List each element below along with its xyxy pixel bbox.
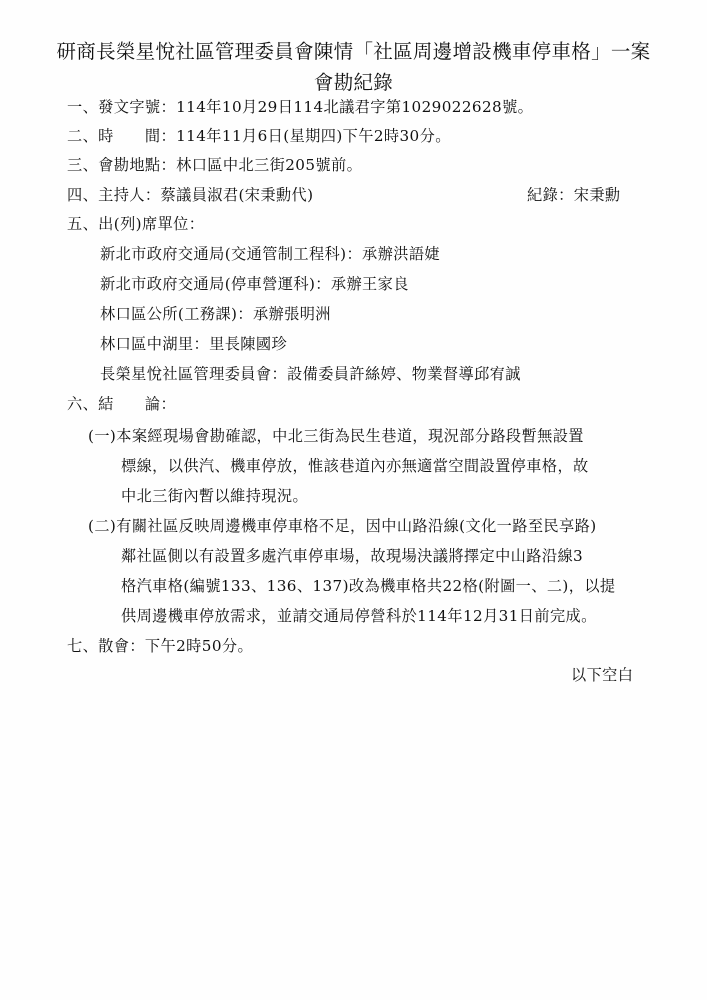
document-page: 研商長榮星悅社區管理委員會陳情「社區周邊增設機車停車格」一案 會勘紀錄 一、發文… (0, 0, 707, 1000)
conclusion-1-line: (一)本案經現場會勘確認，中北三街為民生巷道，現況部分路段暫無設置 (88, 425, 584, 446)
conclusion-2-line: 鄰社區側以有設置多處汽車停車場，故現場決議將擇定中山路沿線3 (121, 545, 583, 566)
section-host: 四、主持人：蔡議員淑君(宋秉勳代) (67, 184, 313, 205)
section-time: 二、時 間：114年11月6日(星期四)下午2時30分。 (67, 125, 451, 146)
section-location: 三、會勘地點：林口區中北三街205號前。 (67, 154, 362, 175)
conclusion-2-line: 供周邊機車停放需求，並請交通局停營科於114年12月31日前完成。 (121, 605, 597, 626)
document-subtitle: 會勘紀錄 (0, 67, 707, 95)
end-note: 以下空白 (571, 664, 633, 685)
section-conclusion-heading: 六、結 論： (67, 393, 176, 414)
section-adjourn: 七、散會：下午2時50分。 (67, 635, 253, 656)
conclusion-2-line: 格汽車格(編號133、136、137)改為機車格共22格(附圖一、二)，以提 (121, 575, 616, 596)
attendee-item: 新北市政府交通局(交通管制工程科)：承辦洪語婕 (100, 243, 440, 264)
section-recorder: 紀錄：宋秉勳 (527, 184, 621, 205)
conclusion-2-line: (二)有關社區反映周邊機車停車格不足，因中山路沿線(文化一路至民享路) (88, 515, 597, 536)
conclusion-1-line: 中北三街內暫以維持現況。 (121, 485, 308, 506)
attendee-item: 林口區公所(工務課)：承辦張明洲 (100, 303, 331, 324)
conclusion-1-line: 標線，以供汽、機車停放，惟該巷道內亦無適當空間設置停車格，故 (121, 455, 589, 476)
document-title: 研商長榮星悅社區管理委員會陳情「社區周邊增設機車停車格」一案 (0, 36, 707, 64)
attendee-item: 長榮星悅社區管理委員會：設備委員許絲婷、物業督導邱宥誠 (100, 363, 521, 384)
section-document-number: 一、發文字號：114年10月29日114北議君字第1029022628號。 (67, 96, 533, 117)
attendee-item: 林口區中湖里：里長陳國珍 (100, 333, 287, 354)
attendee-item: 新北市政府交通局(停車營運科)：承辦王家良 (100, 273, 409, 294)
section-attendees-heading: 五、出(列)席單位： (67, 213, 204, 234)
